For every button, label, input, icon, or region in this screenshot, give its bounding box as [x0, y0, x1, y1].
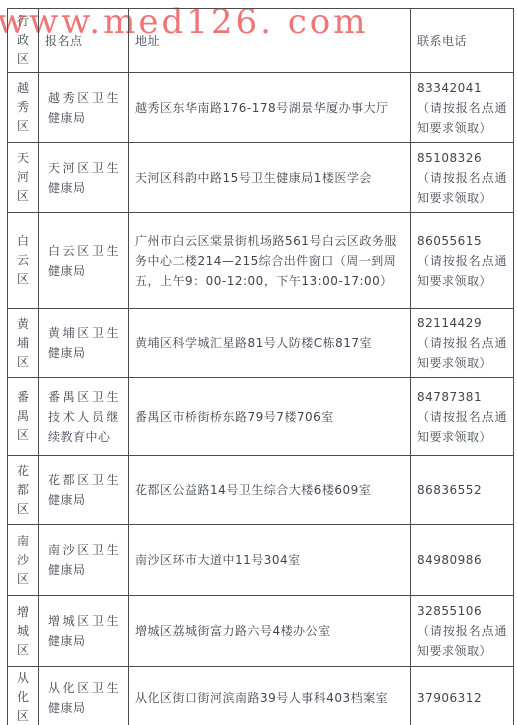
district-cell: 黄埔区	[8, 309, 39, 378]
phone-cell: 32855106（请按报名点通知要求领取）	[411, 596, 514, 667]
table-row: 从化区 从化区卫生健康局 从化区街口街河滨南路39号人事科403档案室 3790…	[8, 667, 514, 725]
district-cell: 从化区	[8, 667, 39, 725]
site-cell: 番禺区卫生技术人员继续教育中心	[39, 378, 129, 456]
address-cell: 广州市白云区棠景街机场路561号白云区政务服务中心二楼214—215综合出件窗口…	[129, 213, 411, 309]
phone-cell: 84980986	[411, 525, 514, 596]
table-row: 黄埔区 黄埔区卫生健康局 黄埔区科学城汇星路81号人防楼C栋817室 82114…	[8, 309, 514, 378]
header-row: 行政区 报名点 地址 联系电话	[8, 9, 514, 73]
district-cell: 南沙区	[8, 525, 39, 596]
address-cell: 南沙区环市大道中11号304室	[129, 525, 411, 596]
address-cell: 番禺区市桥街桥东路79号7楼706室	[129, 378, 411, 456]
registration-points-table: 行政区 报名点 地址 联系电话 越秀区 越秀区卫生健康局 越秀区东华南路176-…	[7, 8, 514, 725]
header-district: 行政区	[8, 9, 39, 73]
site-cell: 增城区卫生健康局	[39, 596, 129, 667]
phone-cell: 86055615（请按报名点通知要求领取）	[411, 213, 514, 309]
address-cell: 增城区荔城街富力路六号4楼办公室	[129, 596, 411, 667]
address-cell: 天河区科韵中路15号卫生健康局1楼医学会	[129, 143, 411, 213]
table-body: 越秀区 越秀区卫生健康局 越秀区东华南路176-178号湖景华厦办事大厅 833…	[8, 73, 514, 725]
site-cell: 南沙区卫生健康局	[39, 525, 129, 596]
table-row: 白云区 白云区卫生健康局 广州市白云区棠景街机场路561号白云区政务服务中心二楼…	[8, 213, 514, 309]
header-site: 报名点	[39, 9, 129, 73]
phone-cell: 84787381（请按报名点通知要求领取）	[411, 378, 514, 456]
site-cell: 白云区卫生健康局	[39, 213, 129, 309]
address-cell: 花都区公益路14号卫生综合大楼6楼609室	[129, 456, 411, 525]
table-header: 行政区 报名点 地址 联系电话	[8, 9, 514, 73]
header-address: 地址	[129, 9, 411, 73]
phone-cell: 82114429（请按报名点通知要求领取）	[411, 309, 514, 378]
site-cell: 花都区卫生健康局	[39, 456, 129, 525]
table-row: 花都区 花都区卫生健康局 花都区公益路14号卫生综合大楼6楼609室 86836…	[8, 456, 514, 525]
table-row: 越秀区 越秀区卫生健康局 越秀区东华南路176-178号湖景华厦办事大厅 833…	[8, 73, 514, 143]
phone-cell: 85108326（请按报名点通知要求领取）	[411, 143, 514, 213]
district-cell: 花都区	[8, 456, 39, 525]
phone-cell: 86836552	[411, 456, 514, 525]
address-cell: 黄埔区科学城汇星路81号人防楼C栋817室	[129, 309, 411, 378]
district-cell: 白云区	[8, 213, 39, 309]
district-cell: 增城区	[8, 596, 39, 667]
phone-cell: 37906312	[411, 667, 514, 725]
address-cell: 从化区街口街河滨南路39号人事科403档案室	[129, 667, 411, 725]
district-cell: 越秀区	[8, 73, 39, 143]
table-row: 增城区 增城区卫生健康局 增城区荔城街富力路六号4楼办公室 32855106（请…	[8, 596, 514, 667]
address-cell: 越秀区东华南路176-178号湖景华厦办事大厅	[129, 73, 411, 143]
site-cell: 黄埔区卫生健康局	[39, 309, 129, 378]
site-cell: 天河区卫生健康局	[39, 143, 129, 213]
table-row: 番禺区 番禺区卫生技术人员继续教育中心 番禺区市桥街桥东路79号7楼706室 8…	[8, 378, 514, 456]
district-cell: 天河区	[8, 143, 39, 213]
phone-cell: 83342041（请按报名点通知要求领取）	[411, 73, 514, 143]
header-phone: 联系电话	[411, 9, 514, 73]
site-cell: 越秀区卫生健康局	[39, 73, 129, 143]
table-row: 南沙区 南沙区卫生健康局 南沙区环市大道中11号304室 84980986	[8, 525, 514, 596]
site-cell: 从化区卫生健康局	[39, 667, 129, 725]
table-row: 天河区 天河区卫生健康局 天河区科韵中路15号卫生健康局1楼医学会 851083…	[8, 143, 514, 213]
district-cell: 番禺区	[8, 378, 39, 456]
